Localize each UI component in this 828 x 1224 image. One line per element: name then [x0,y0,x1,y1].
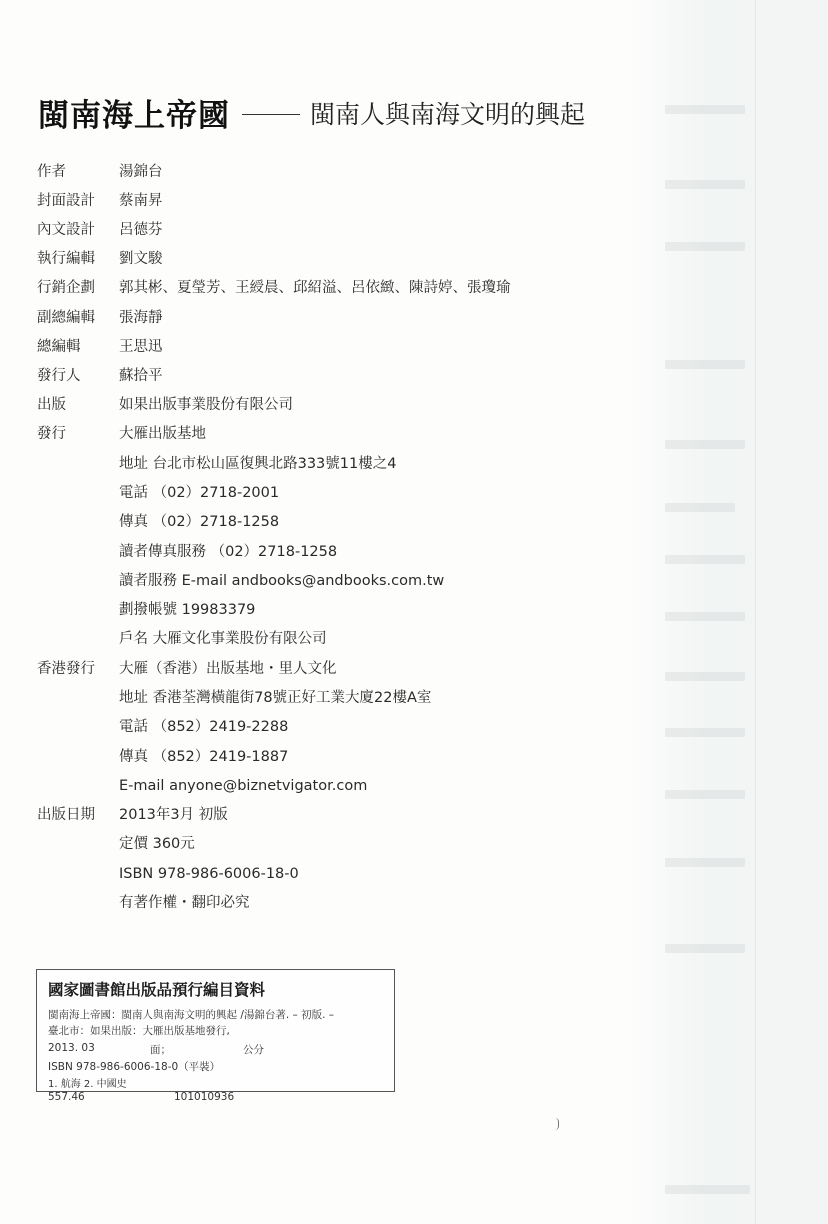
cip-line: ISBN 978-986-6006-18-0（平裝） [48,1059,220,1074]
show-through-text [660,0,756,1224]
title-main: 閩南海上帝國 [38,90,230,135]
cip-line: 臺北市：如果出版：大雁出版基地發行, [48,1023,230,1038]
cip-line: 閩南海上帝國：閩南人與南海文明的興起 /湯錦台著. – 初版. – [48,1007,334,1022]
cip-line: 1. 航海 2. 中國史 [48,1075,127,1090]
page-mark [555,1118,559,1130]
cip-line: 2013. 03 面； 公分 [48,1042,95,1054]
cip-line: 557.46 101010936 [48,1091,85,1103]
title-subtitle: 閩南人與南海文明的興起 [310,95,585,131]
cip-box: 國家圖書館出版品預行編目資料 閩南海上帝國：閩南人與南海文明的興起 /湯錦台著.… [36,969,395,1092]
title-dash [242,114,300,116]
book-title: 閩南海上帝國 閩南人與南海文明的興起 [38,90,585,135]
cip-title: 國家圖書館出版品預行編目資料 [48,978,265,1000]
